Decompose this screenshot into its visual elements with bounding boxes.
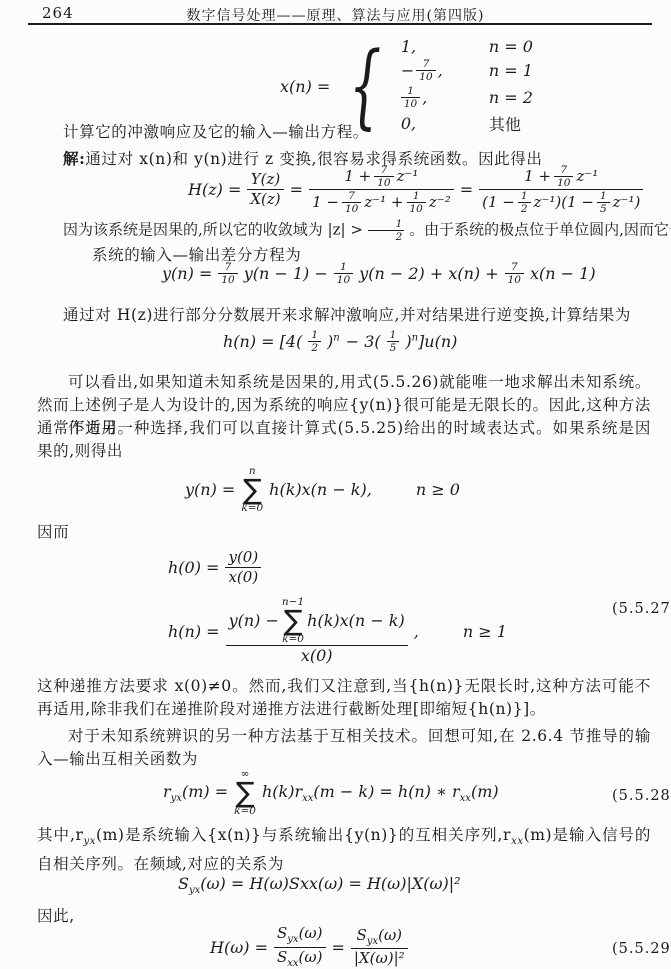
tok: y(n) −	[229, 611, 279, 631]
tok: ,	[414, 622, 419, 641]
tok: =	[290, 180, 303, 199]
fraction: 1 + 710 z⁻¹ 1 − 710 z⁻¹ + 110 z⁻²	[309, 164, 454, 215]
paragraph-text: 计算它的冲激响应及它的输入—输出方程。	[63, 123, 369, 141]
tok: h(k)x(n − k),	[269, 480, 372, 499]
paragraph-thus: 因而	[37, 521, 651, 544]
tok: h(n) = [4(	[223, 332, 302, 351]
tok: h(k)x(n − k)	[307, 611, 405, 631]
fraction: 110	[334, 261, 353, 286]
tok: 1 +	[524, 167, 551, 186]
tok: )n	[327, 332, 340, 351]
tok: Syx(ω) = H(ω)Sxx(ω) = H(ω)|X(ω)|²	[178, 874, 461, 896]
equation-system-function: H(z) = Y(z)X(z) = 1 + 710 z⁻¹ 1 − 710 z⁻…	[188, 164, 643, 215]
paragraph-where: 其中,ryx(m)是系统输入{x(n)}与系统输出{y(n)}的互相关序列,rx…	[37, 824, 651, 876]
tok: y(n − 2) + x(n) +	[359, 264, 498, 283]
fraction: 110	[407, 190, 426, 215]
tok: =	[460, 180, 473, 199]
tok: z⁻¹)	[613, 193, 641, 212]
fraction: 710	[416, 58, 435, 83]
paragraph-text: 因为该系统是因果的,所以它的收敛域为 |z| >	[63, 221, 363, 239]
paragraph-compute: 计算它的冲激响应及它的输入—输出方程。	[37, 121, 651, 144]
paragraph-text: (m)是系统输入{x(n)}与系统输出{y(n)}的互相关序列,r	[96, 826, 511, 844]
paragraph-partial-fraction: 通过对 H(z)进行部分分数展开来求解冲激响应,并对结果进行逆变换,计算结果为	[37, 304, 651, 327]
tok: H(z) =	[188, 180, 241, 199]
tok: n = 2	[489, 88, 533, 107]
subscript-xx: xx	[302, 793, 313, 804]
equation-difference: y(n) = 710 y(n − 1) − 110 y(n − 2) + x(n…	[162, 261, 596, 286]
equation-number-5-5-29: (5.5.29)	[612, 941, 671, 957]
equation-number-5-5-28: (5.5.28)	[612, 788, 671, 804]
tok: n = 0	[489, 37, 533, 56]
equation-syx: Syx(ω) = H(ω)Sxx(ω) = H(ω)|X(ω)|²	[178, 874, 461, 896]
paragraph-alternative: 作为另一种选择,我们可以直接计算式(5.5.25)给出的时域表达式。如果系统是因…	[37, 417, 651, 463]
subscript-xx: xx	[287, 958, 298, 969]
tok: =	[332, 938, 345, 957]
equation-convolution-sum: y(n) = n∑k=0 h(k)x(n − k), n ≥ 0	[185, 466, 460, 514]
subscript-xx: xx	[460, 793, 471, 804]
paragraph-text: 其中,r	[37, 826, 83, 844]
tok: n = 1	[489, 61, 533, 80]
running-head-title: 数字信号处理——原理、算法与应用(第四版)	[0, 5, 671, 25]
solution-label: 解:	[63, 149, 85, 168]
tok: ryx(m) =	[163, 782, 228, 804]
fraction: Syx(ω) |X(ω)|²	[351, 926, 408, 968]
book-page: 264 数字信号处理——原理、算法与应用(第四版) x(n) = { 1, n …	[0, 0, 671, 969]
header-rule	[28, 23, 652, 25]
tok: − 3(	[346, 332, 381, 351]
tok: x(0)	[226, 646, 408, 666]
paragraph-crosscorrelation: 对于未知系统辨识的另一种方法基于互相关技术。回想可知,在 2.6.4 节推导的输…	[37, 725, 651, 771]
tok: x(n) =	[280, 77, 330, 96]
tok: z⁻¹	[576, 167, 598, 186]
tok: )n]u(n)	[405, 332, 457, 351]
tok: −	[401, 61, 414, 80]
summation-symbol: n∑k=0	[241, 466, 263, 514]
equation-h0: h(0) = y(0)x(0)	[168, 548, 261, 587]
fraction: 12	[368, 218, 405, 243]
tok: (1 −	[482, 193, 515, 212]
tok: y(n − 1) −	[244, 264, 328, 283]
tok: h(k)rxx(m − k) = h(n) ∗ rxx(m)	[262, 782, 499, 804]
fraction: 15	[597, 190, 610, 215]
fraction: 110	[401, 85, 420, 110]
case-row: − 710 , n = 1	[401, 58, 533, 83]
tok: h(n) =	[168, 622, 220, 641]
tok: 1 +	[344, 167, 371, 186]
paragraph-recursive-method: 这种递推方法要求 x(0)≠0。然而,我们又注意到,当{h(n)}无限长时,这种…	[37, 675, 651, 721]
paragraph-causal-roc: 因为该系统是因果的,所以它的收敛域为 |z| > 12 。由于系统的极点位于单位…	[37, 218, 671, 243]
equation-condition: n ≥ 1	[463, 622, 507, 641]
fraction: 12	[518, 190, 531, 215]
paragraph-text: 通过对 H(z)进行部分分数展开来求解冲激响应,并对结果进行逆变换,计算结果为	[63, 306, 631, 324]
fraction: Syx(ω) Sxx(ω)	[274, 924, 326, 969]
fraction: y(n) − n−1∑k=0 h(k)x(n − k) x(0)	[226, 597, 408, 666]
tok: H(ω) =	[210, 938, 268, 957]
tok: x(n − 1)	[530, 264, 596, 283]
equation-impulse-response: h(n) = [4( 12 )n − 3( 15 )n]u(n)	[223, 329, 457, 354]
subscript-yx: yx	[83, 836, 96, 847]
subscript-yx: yx	[367, 936, 378, 947]
paragraph-text: 因而	[37, 523, 69, 541]
case-row: 110 , n = 2	[401, 85, 533, 110]
equation-h-recursion: h(n) = y(n) − n−1∑k=0 h(k)x(n − k) x(0) …	[168, 597, 507, 666]
fraction: 15	[387, 329, 400, 354]
fraction: Y(z)X(z)	[247, 170, 283, 209]
tok: 1 −	[312, 193, 339, 212]
fraction: y(0)x(0)	[225, 548, 261, 587]
paragraph-text: 作为另一种选择,我们可以直接计算式(5.5.25)给出的时域表达式。如果系统是因…	[37, 419, 651, 460]
equation-condition: n ≥ 0	[416, 480, 460, 499]
tok: ,	[422, 88, 427, 107]
summation-symbol: n−1∑k=0	[282, 597, 304, 645]
fraction: 710	[554, 164, 573, 189]
fraction: 12	[308, 329, 321, 354]
paragraph-text: 这种递推方法要求 x(0)≠0。然而,我们又注意到,当{h(n)}无限长时,这种…	[37, 677, 651, 718]
tok: z⁻¹)(1 −	[534, 193, 594, 212]
subscript-yx: yx	[171, 793, 182, 804]
summation-symbol: ∞∑k=0	[234, 769, 256, 817]
fraction: 710	[342, 190, 361, 215]
paragraph-text: 因此,	[37, 907, 75, 925]
tok: z⁻²	[429, 193, 451, 212]
paragraph-text: 对于未知系统辨识的另一种方法基于互相关技术。回想可知,在 2.6.4 节推导的输…	[37, 727, 651, 768]
superscript-n: n	[333, 333, 339, 344]
tok: ,	[438, 61, 443, 80]
equation-ryx: ryx(m) = ∞∑k=0 h(k)rxx(m − k) = h(n) ∗ r…	[163, 769, 499, 817]
fraction: 710	[505, 261, 524, 286]
case-row: 1, n = 0	[401, 37, 533, 56]
fraction: 1 + 710 z⁻¹ (1 − 12 z⁻¹)(1 − 15 z⁻¹)	[479, 164, 643, 215]
tok: z⁻¹	[397, 167, 419, 186]
subscript-xx: xx	[511, 836, 523, 847]
tok: y(n) =	[185, 480, 235, 499]
equation-number-5-5-27: (5.5.27)	[612, 601, 671, 617]
left-brace: {	[349, 49, 381, 123]
equation-hw: H(ω) = Syx(ω) Sxx(ω) = Syx(ω) |X(ω)|²	[210, 924, 408, 969]
subscript-yx: yx	[189, 885, 200, 896]
paragraph-text: 。由于系统的极点位于单位圆内,因而它也是稳定的。	[409, 221, 671, 239]
fraction: 710	[374, 164, 393, 189]
fraction: 710	[218, 261, 237, 286]
subscript-yx: yx	[287, 934, 298, 945]
tok: h(0) =	[168, 558, 219, 577]
tok: y(n) =	[162, 264, 212, 283]
tok: z⁻¹ +	[364, 193, 403, 212]
tok: 1,	[401, 37, 416, 56]
